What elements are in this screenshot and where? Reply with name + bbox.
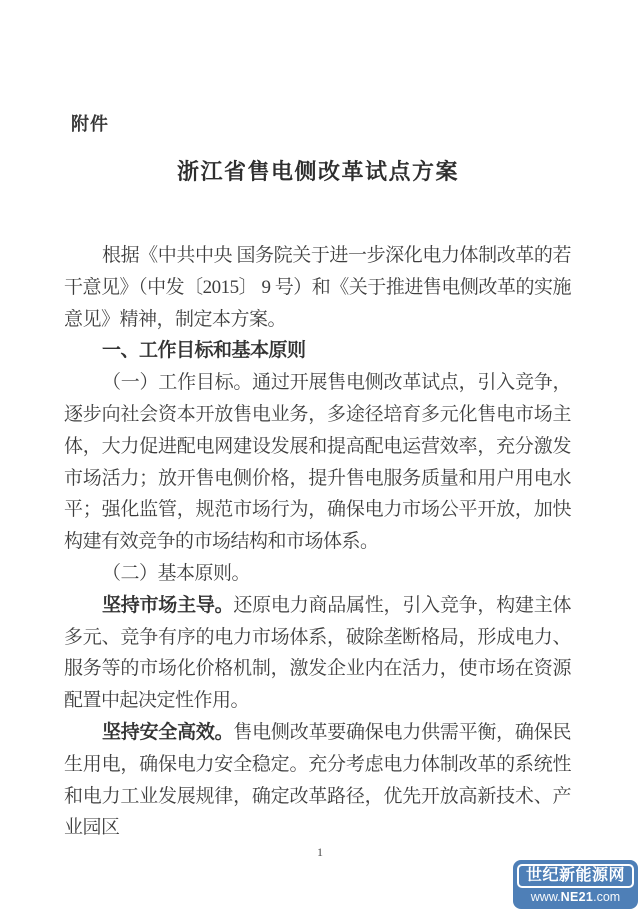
section-heading-goals-principles: 一、工作目标和基本原则 (64, 335, 571, 367)
principle-market-lead: 坚持市场主导。 (102, 595, 233, 616)
ne21-site-url: www.NE21.com (513, 888, 638, 907)
page-number: 1 (0, 845, 640, 860)
ne21-site-name: 世纪新能源网 (517, 864, 634, 888)
url-brand-part: NE21 (561, 890, 593, 904)
paragraph-intro: 根据《中共中央 国务院关于进一步深化电力体制改革的若干意见》（中发〔2015〕 … (64, 240, 571, 335)
principle-safety-lead: 坚持安全高效。 (102, 722, 233, 743)
ne21-watermark-logo: 世纪新能源网 www.NE21.com (513, 860, 638, 909)
attachment-label: 附件 (71, 110, 109, 136)
paragraph-work-goals: （一）工作目标。通过开展售电侧改革试点，引入竞争，逐步向社会资本开放售电业务，多… (64, 367, 571, 558)
url-tld-part: .com (593, 890, 620, 904)
document-page: 附件 浙江省售电侧改革试点方案 根据《中共中央 国务院关于进一步深化电力体制改革… (0, 0, 640, 913)
document-body: 根据《中共中央 国务院关于进一步深化电力体制改革的若干意见》（中发〔2015〕 … (64, 240, 571, 844)
paragraph-principle-safety: 坚持安全高效。售电侧改革要确保电力供需平衡，确保民生用电，确保电力安全稳定。充分… (64, 717, 571, 844)
url-www-part: www. (531, 890, 561, 904)
page-title: 浙江省售电侧改革试点方案 (0, 155, 636, 186)
paragraph-principle-market: 坚持市场主导。还原电力商品属性，引入竞争，构建主体多元、竞争有序的电力市场体系，… (64, 590, 571, 717)
paragraph-basic-principles-label: （二）基本原则。 (64, 558, 571, 590)
